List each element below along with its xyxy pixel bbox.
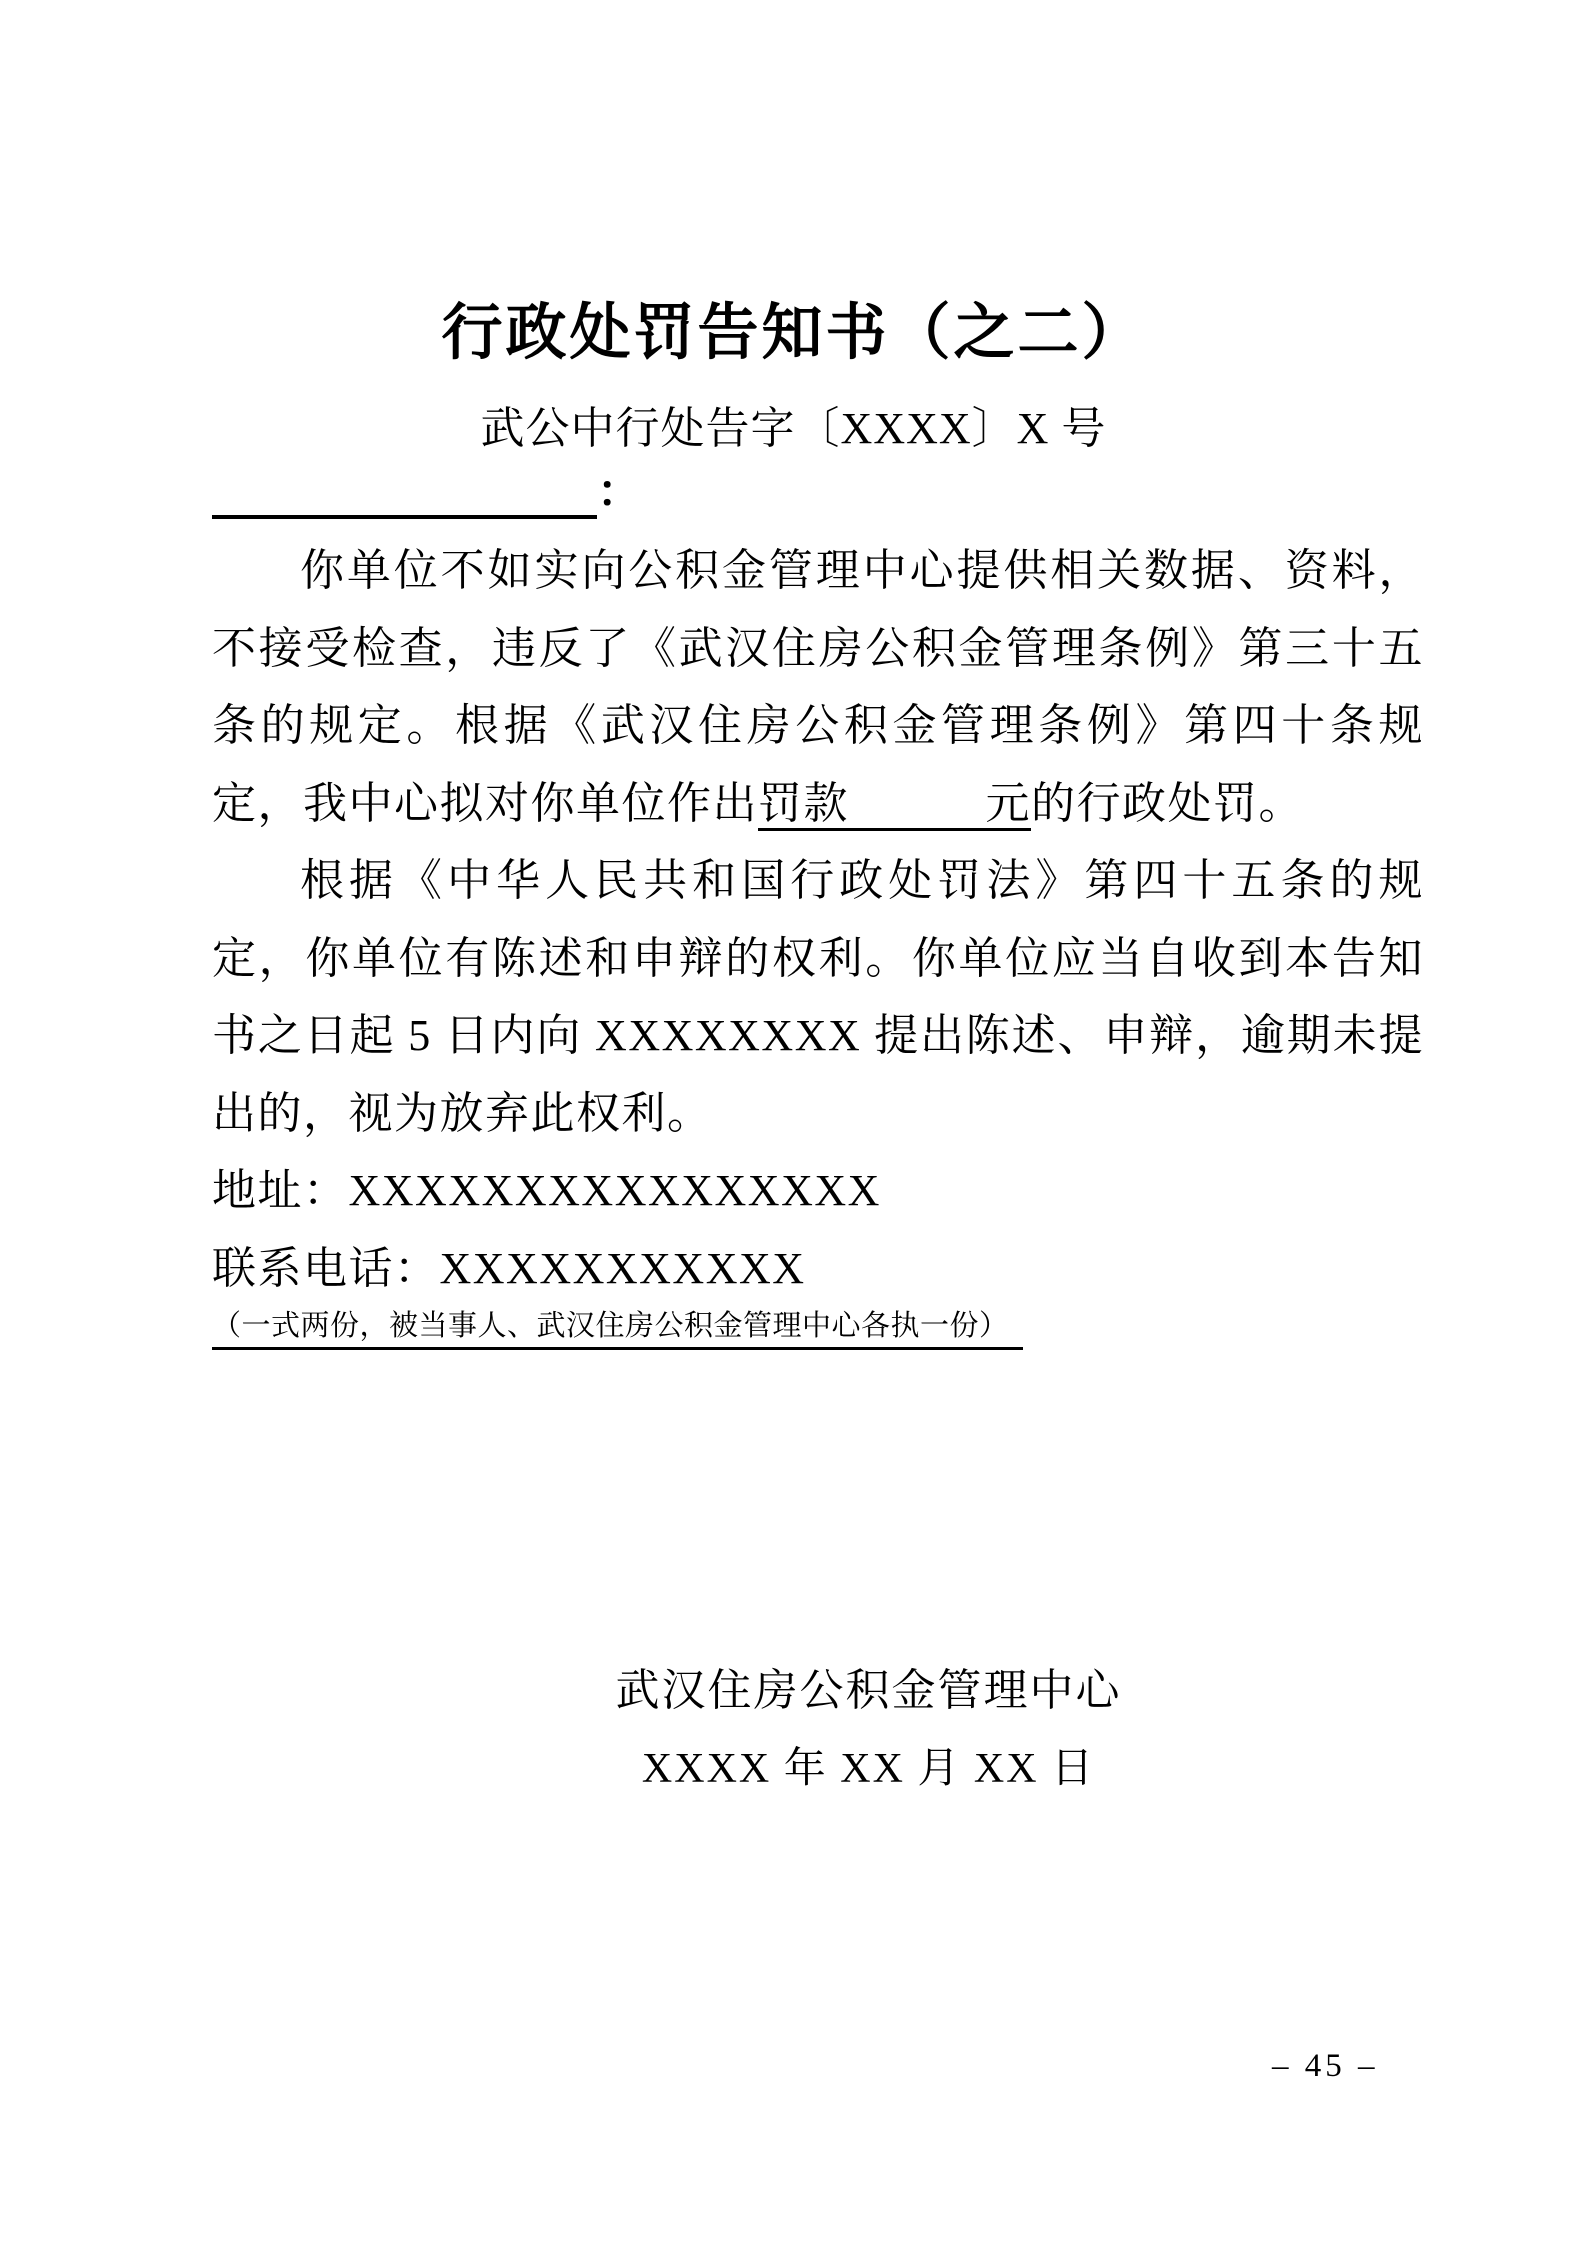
issuing-organization: 武汉住房公积金管理中心	[150, 1652, 1587, 1730]
document-reference-number: 武公中行处告字〔XXXX〕X 号	[0, 392, 1587, 456]
document-body: 你单位不如实向公积金管理中心提供相关数据、资料，不接受检查，违反了《武汉住房公积…	[212, 532, 1424, 1350]
signature-block: 武汉住房公积金管理中心 XXXX 年 XX 月 XX 日	[0, 1652, 1587, 1808]
paragraph-rights: 根据《中华人民共和国行政处罚法》第四十五条的规定，你单位有陈述和申辩的权利。你单…	[212, 842, 1424, 1152]
page-number: – 45 –	[1272, 2048, 1379, 2085]
fine-amount-underlined-blank: 罚款 元	[758, 779, 1031, 831]
phone-label: 联系电话：	[212, 1244, 440, 1293]
paragraph-violation: 你单位不如实向公积金管理中心提供相关数据、资料，不接受检查，违反了《武汉住房公积…	[212, 532, 1424, 842]
document-page: 行政处罚告知书（之二） 武公中行处告字〔XXXX〕X 号 ： 你单位不如实向公积…	[0, 0, 1587, 2245]
phone-value: XXXXXXXXXXX	[440, 1244, 806, 1293]
paragraph-violation-tail: 的行政处罚。	[1031, 779, 1304, 828]
document-title: 行政处罚告知书（之二）	[0, 284, 1587, 371]
address-label: 地址：	[212, 1166, 349, 1215]
address-value: XXXXXXXXXXXXXXXX	[349, 1166, 881, 1215]
salutation-colon: ：	[597, 467, 641, 516]
recipient-blank-line	[212, 469, 597, 519]
copies-note-line: （一式两份，被当事人、武汉住房公积金管理中心各执一份）	[212, 1307, 1424, 1350]
address-line: 地址：XXXXXXXXXXXXXXXX	[212, 1152, 1424, 1230]
issue-date: XXXX 年 XX 月 XX 日	[150, 1730, 1587, 1808]
phone-line: 联系电话：XXXXXXXXXXX	[212, 1230, 1424, 1308]
copies-note-text: （一式两份，被当事人、武汉住房公积金管理中心各执一份）	[212, 1307, 1023, 1350]
salutation-line: ：	[212, 455, 641, 519]
